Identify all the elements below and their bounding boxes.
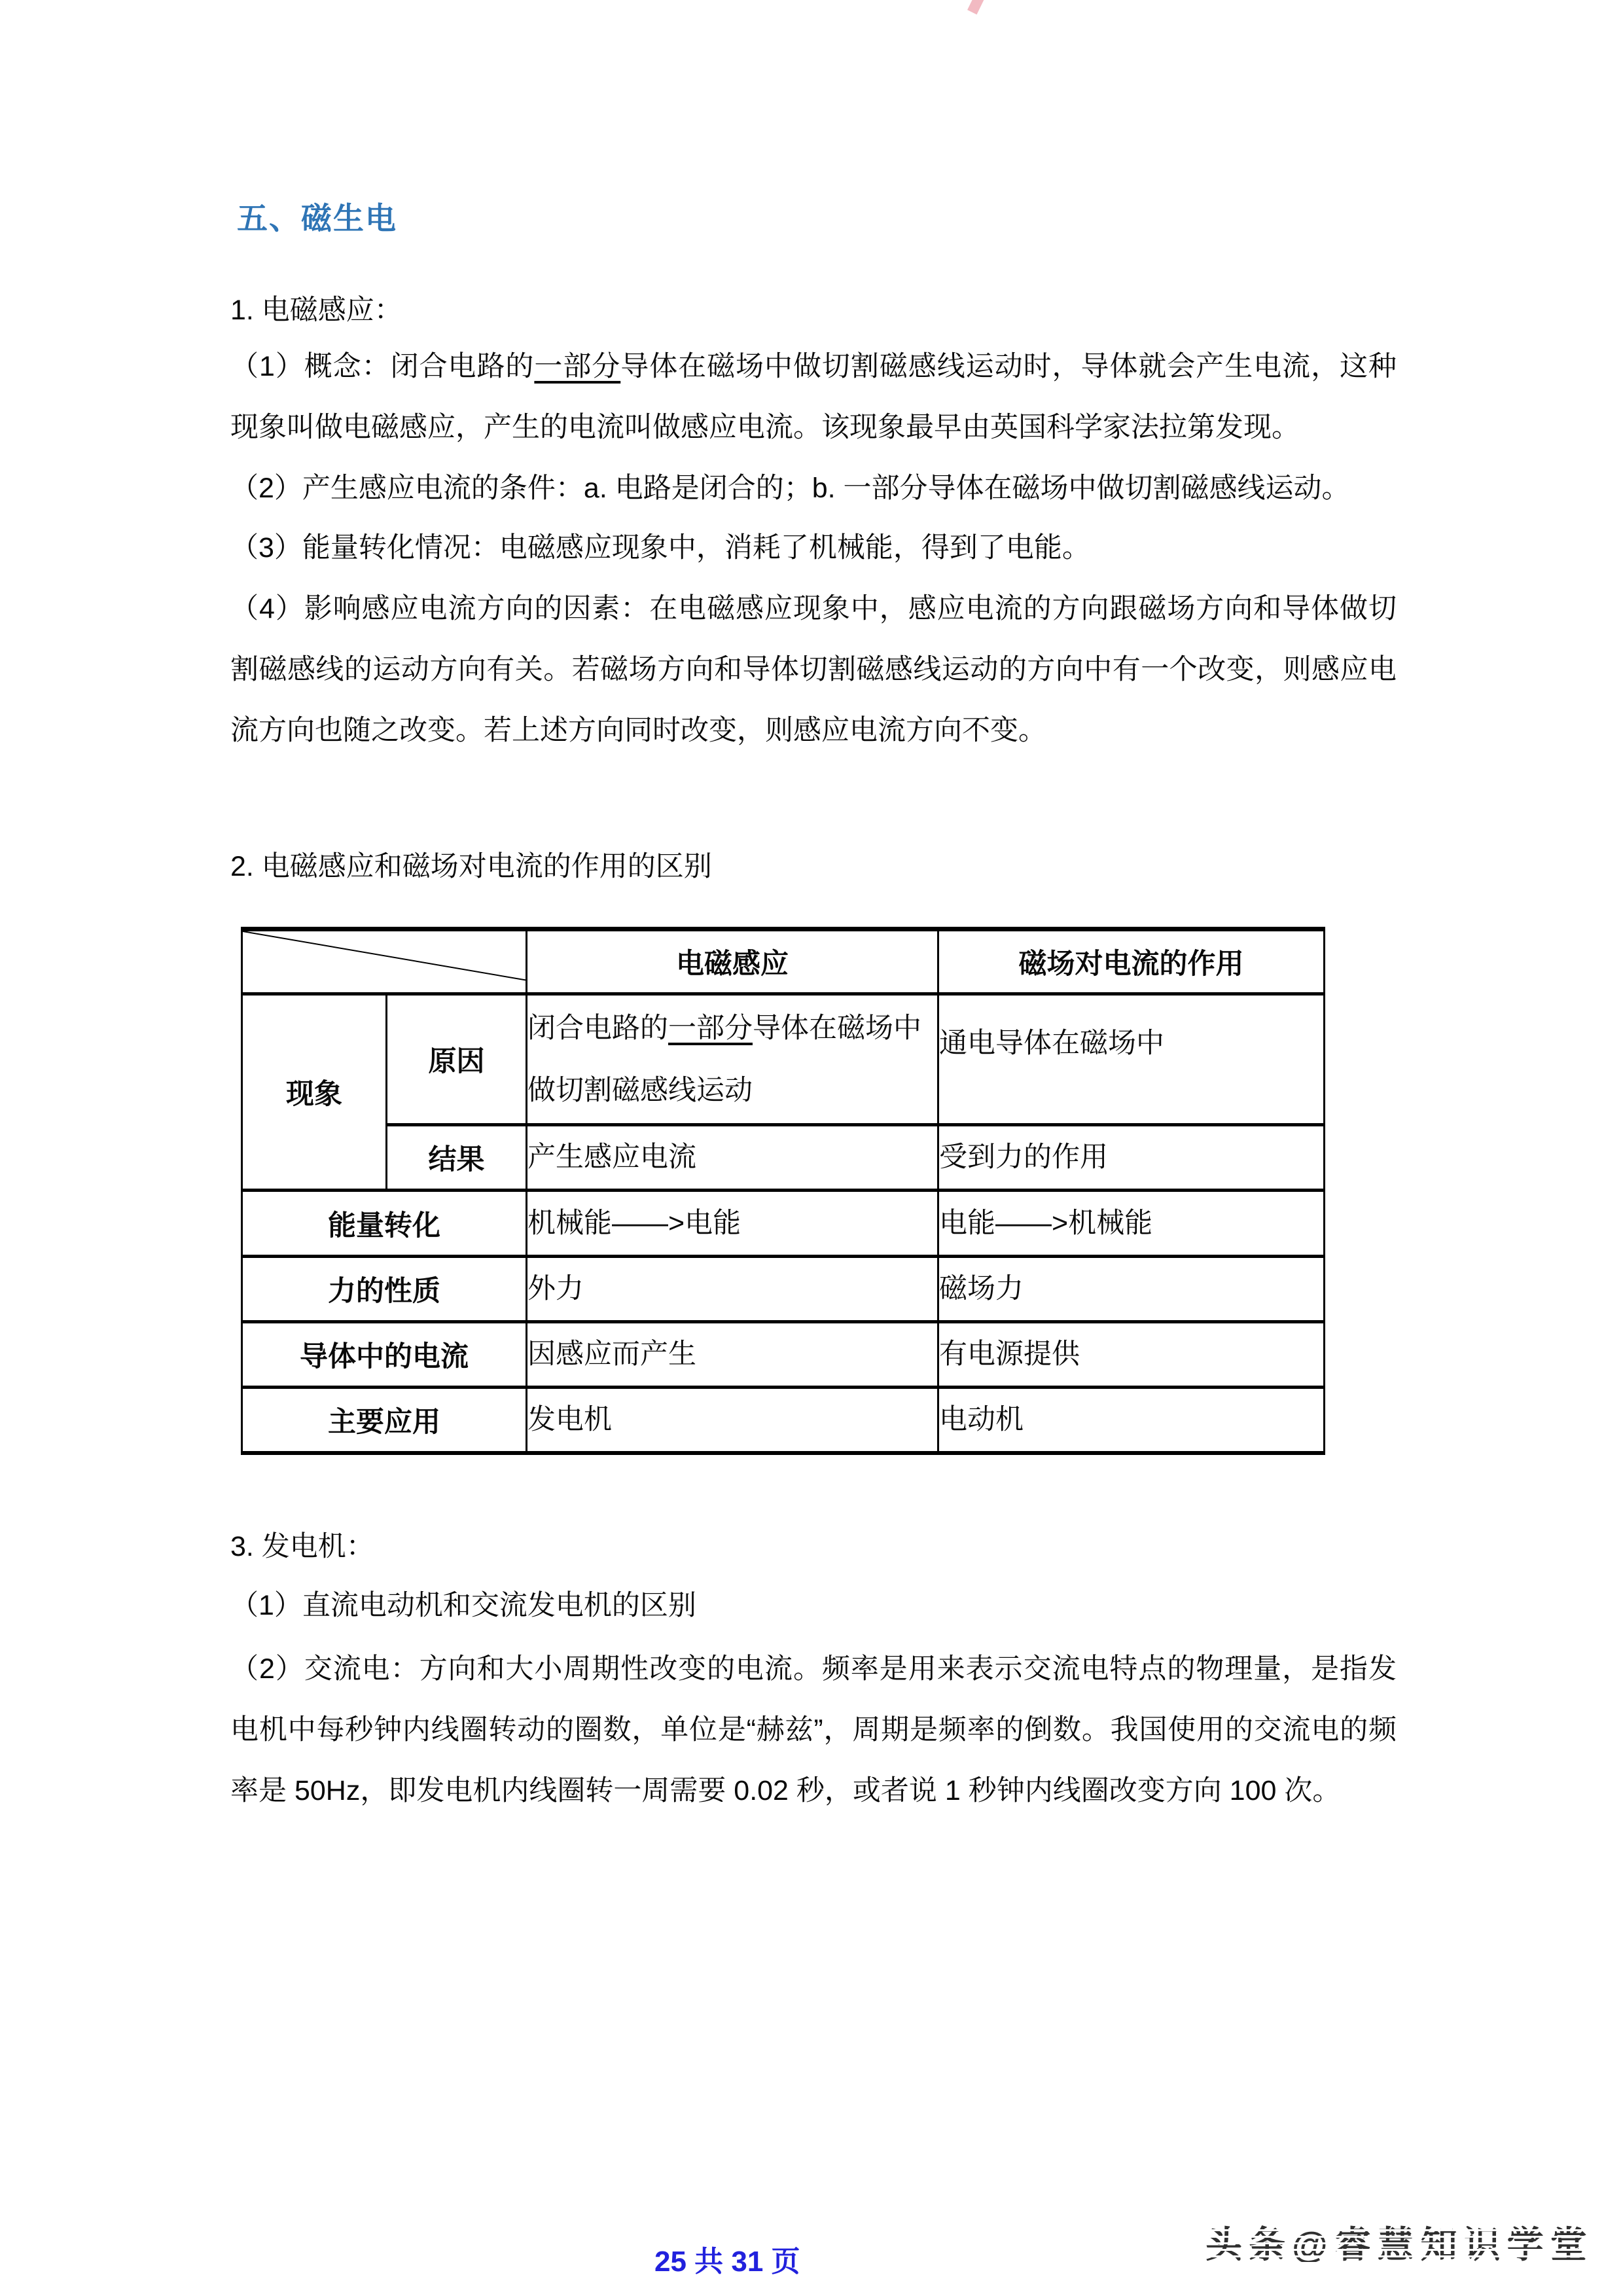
subsection-1-title: 1. 电磁感应： [230,280,1397,341]
table-cell-current-emf: 因感应而产生 [527,1322,938,1388]
table-row-force-nature: 力的性质 外力 磁场力 [242,1257,1325,1322]
table-row-result: 结果 产生感应电流 受到力的作用 [242,1125,1325,1191]
paragraph-2-conditions: （2）产生感应电流的条件：a. 电路是闭合的；b. 一部分导体在磁场中做切割磁感… [230,458,1397,519]
diagonal-line [243,931,526,992]
table-label-phenomenon: 现象 [242,994,387,1191]
table-header-row: 电磁感应 磁场对电流的作用 [242,929,1325,994]
paragraph-generator-1: （1）直流电动机和交流发电机的区别 [230,1575,1397,1636]
paragraph-4-direction-factors: （4）影响感应电流方向的因素：在电磁感应现象中，感应电流的方向跟磁场方向和导体做… [230,579,1397,761]
watermark-text: 头条@睿慧知识学堂 [1205,2216,1594,2269]
paragraph-1-underlined: 一部分 [534,351,620,382]
table-label-current: 导体中的电流 [242,1322,527,1388]
footer-page-number: 25 共 31 页 [654,2238,800,2280]
table-cell-energy-force: 电能——>机械能 [938,1191,1325,1257]
table-cell-energy-emf: 机械能——>电能 [527,1191,938,1257]
table-cell-force-force: 磁场力 [938,1257,1325,1322]
table-cell-current-force: 有电源提供 [938,1322,1325,1388]
table-label-result: 结果 [387,1125,527,1191]
table-header-emf: 电磁感应 [527,929,938,994]
table-row-cause: 现象 原因 闭合电路的一部分导体在磁场中做切割磁感线运动 通电导体在磁场中 [242,994,1325,1125]
paragraph-3-energy: （3）能量转化情况：电磁感应现象中，消耗了机械能，得到了电能。 [230,518,1397,579]
table-label-cause: 原因 [387,994,527,1125]
comparison-table: 电磁感应 磁场对电流的作用 现象 原因 闭合电路的一部分导体在磁场中做切割磁感线… [241,927,1325,1455]
table-row-current-source: 导体中的电流 因感应而产生 有电源提供 [242,1322,1325,1388]
table-label-force-nature: 力的性质 [242,1257,527,1322]
pink-scan-artifact [967,0,984,14]
subsection-2-title: 2. 电磁感应和磁场对电流的作用的区别 [230,836,1397,897]
table-cell-result-force: 受到力的作用 [938,1125,1325,1191]
cause-emf-underlined: 一部分 [668,1013,753,1044]
table-row-application: 主要应用 发电机 电动机 [242,1388,1325,1454]
table-diagonal-cell [242,929,527,994]
table-cell-application-emf: 发电机 [527,1388,938,1454]
table-cell-cause-force: 通电导体在磁场中 [938,994,1325,1125]
table-cell-application-force: 电动机 [938,1388,1325,1454]
paragraph-generator-2-ac: （2）交流电：方向和大小周期性改变的电流。频率是用来表示交流电特点的物理量，是指… [230,1639,1397,1821]
cause-emf-pre: 闭合电路的 [527,1013,668,1044]
paragraph-1-concept: （1）概念：闭合电路的一部分导体在磁场中做切割磁感线运动时，导体就会产生电流，这… [230,336,1397,458]
document-page: 五、磁生电 1. 电磁感应： （1）概念：闭合电路的一部分导体在磁场中做切割磁感… [0,0,1623,2296]
subsection-3-title: 3. 发电机： [230,1516,1397,1577]
table-label-application: 主要应用 [242,1388,527,1454]
section-heading: 五、磁生电 [237,198,397,239]
paragraph-1-pre: （1）概念：闭合电路的 [230,351,534,382]
table-row-energy: 能量转化 机械能——>电能 电能——>机械能 [242,1191,1325,1257]
table-cell-force-emf: 外力 [527,1257,938,1322]
table-header-force: 磁场对电流的作用 [938,929,1325,994]
table-cell-cause-emf: 闭合电路的一部分导体在磁场中做切割磁感线运动 [527,994,938,1125]
table-cell-result-emf: 产生感应电流 [527,1125,938,1191]
table-label-energy: 能量转化 [242,1191,527,1257]
